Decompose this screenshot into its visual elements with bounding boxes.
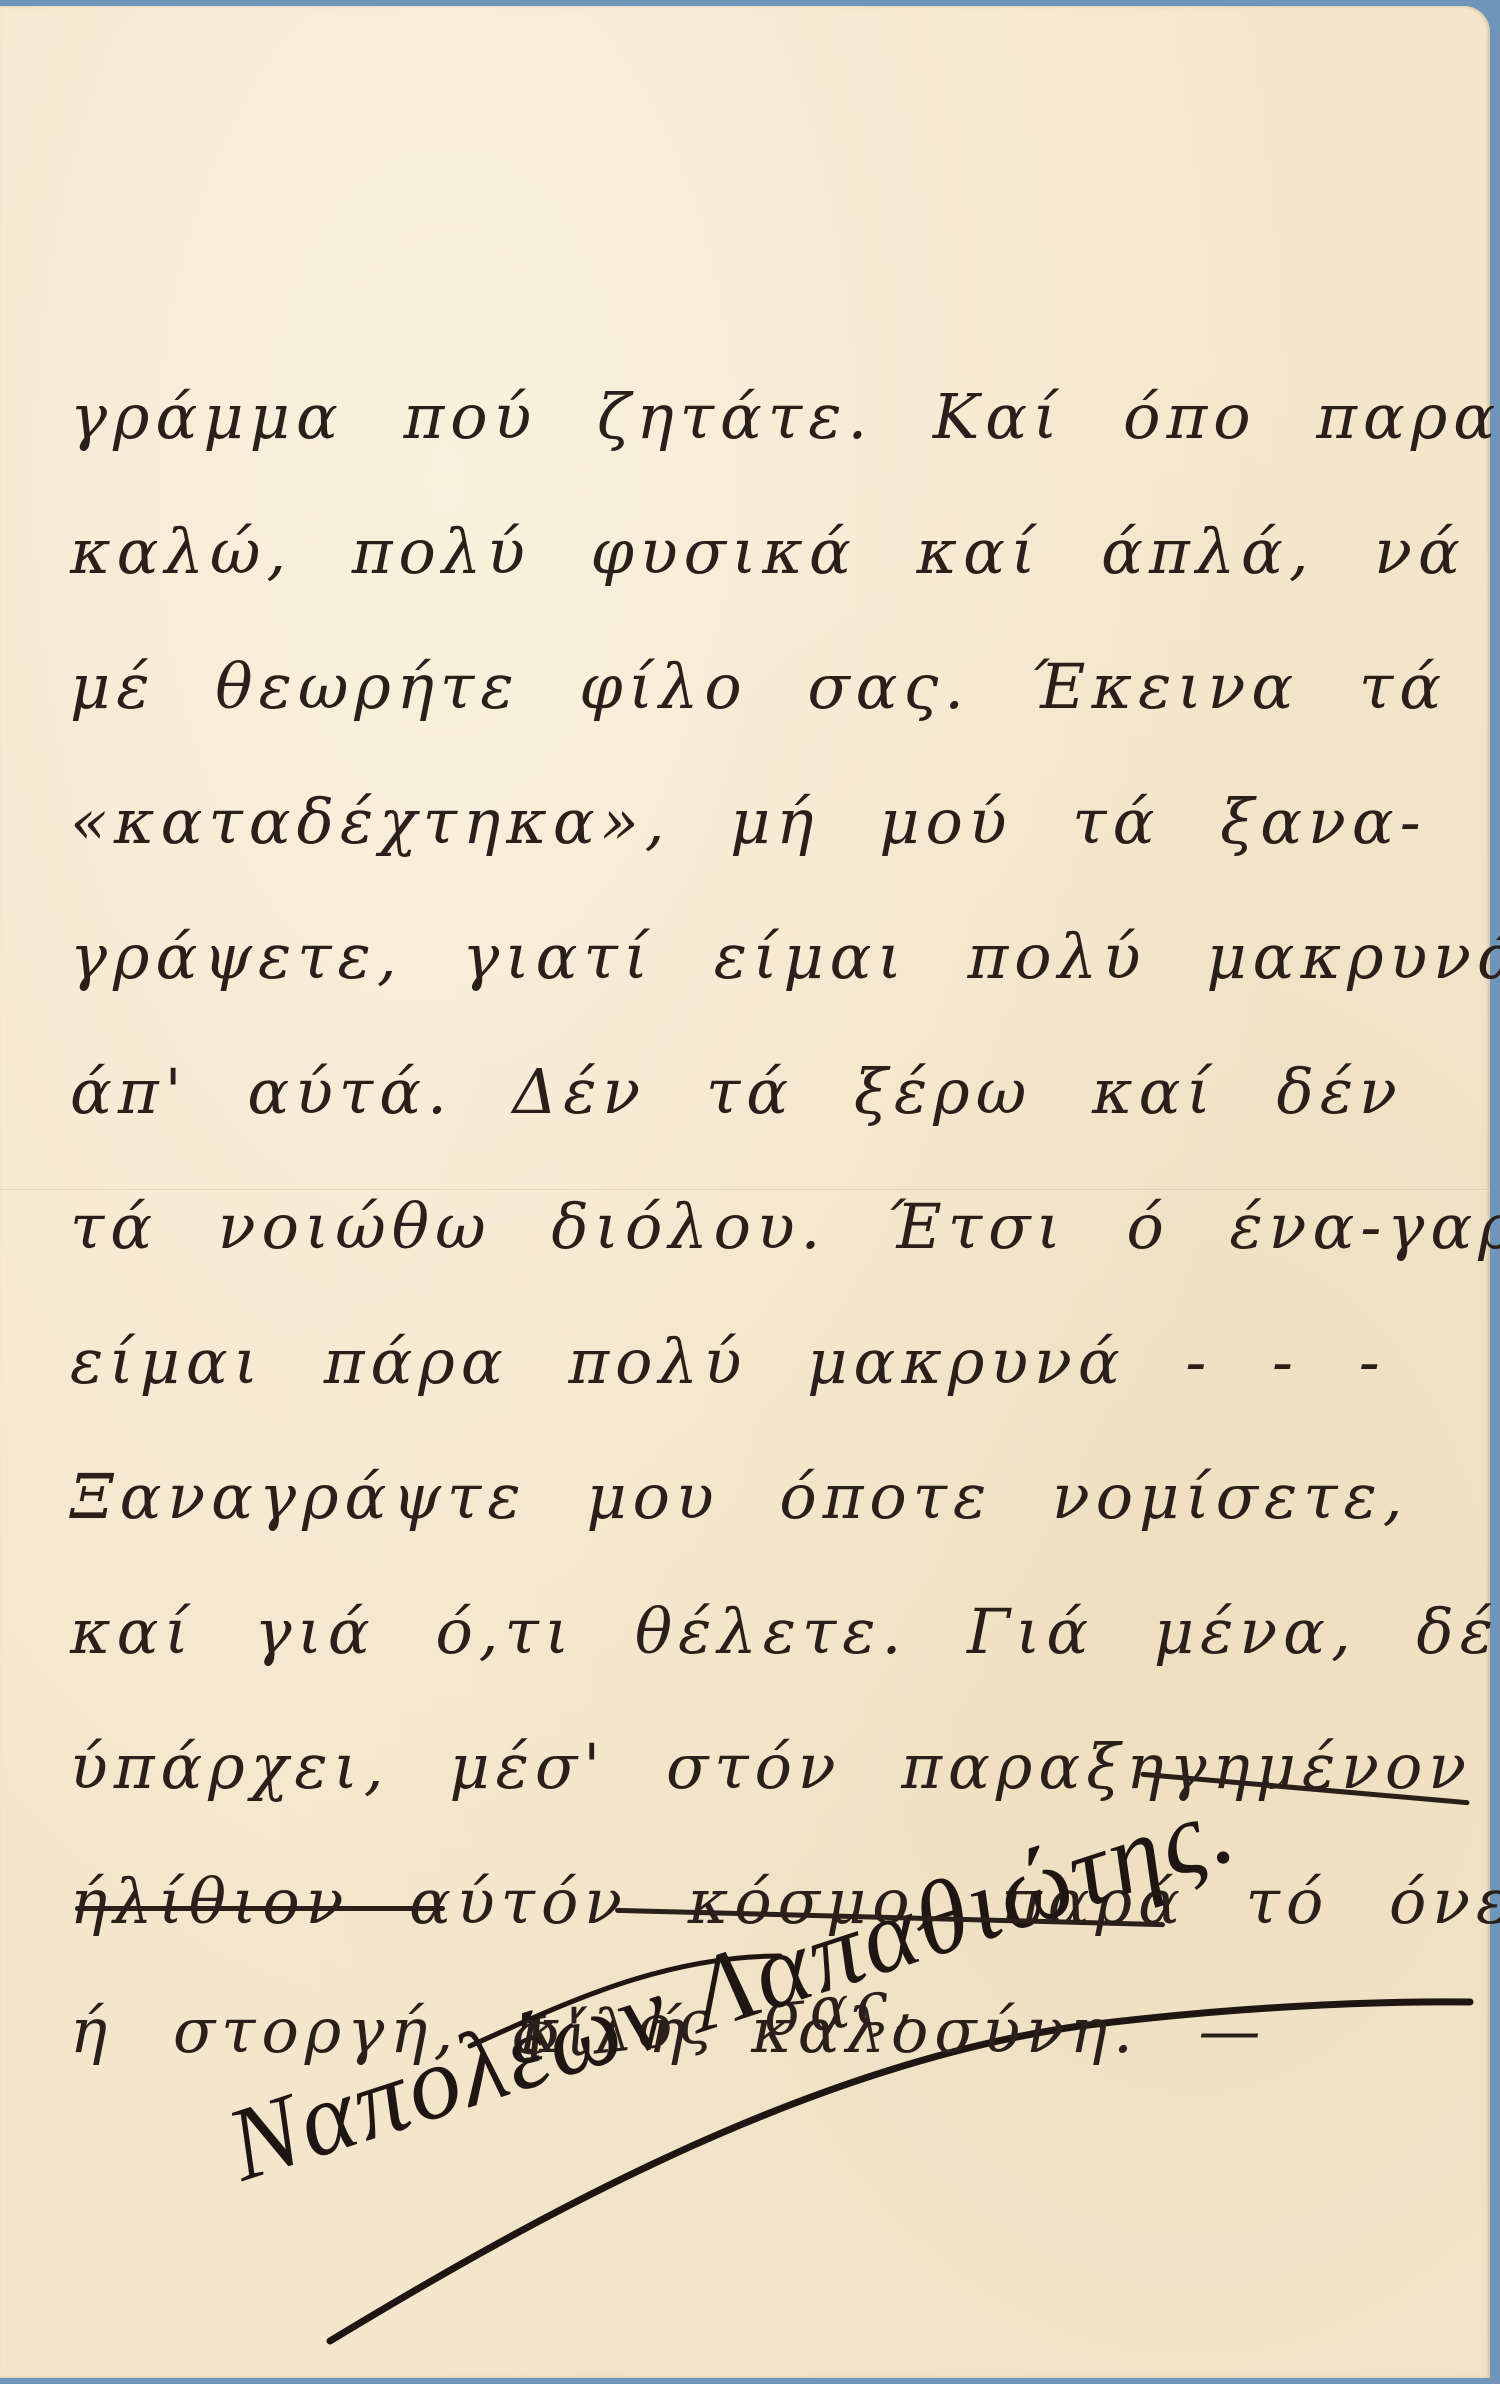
letter-line-13: ή στοργή, κ' ή καλοσύνη. — [70, 2000, 1440, 2062]
underline-storgi [75, 1906, 445, 1911]
